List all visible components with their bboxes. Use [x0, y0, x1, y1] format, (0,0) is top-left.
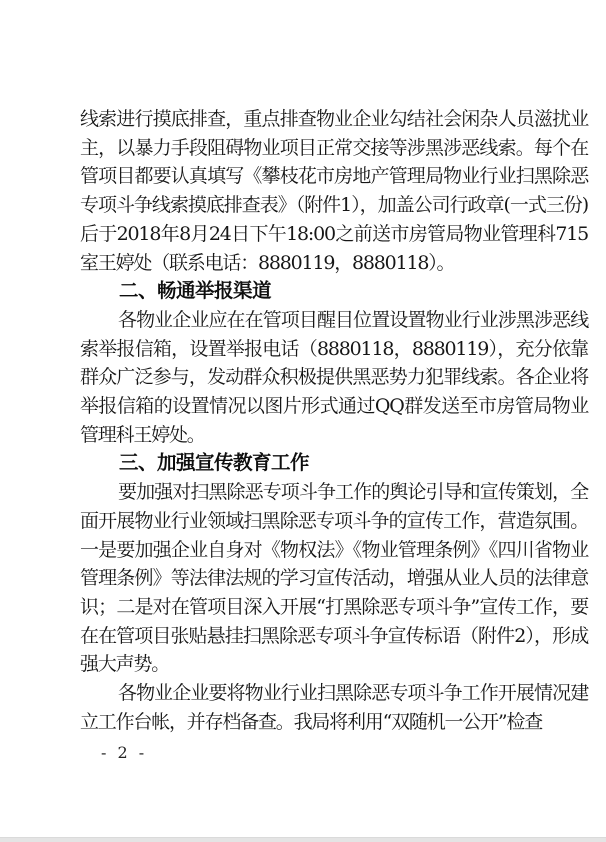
document-body: 线索进行摸底排查，重点排查物业企业勾结社会闲杂人员滋扰业主，以暴力手段阻碍物业项…: [80, 105, 588, 736]
scan-edge-bottom: [0, 837, 606, 842]
paragraph: 线索进行摸底排查，重点排查物业企业勾结社会闲杂人员滋扰业主，以暴力手段阻碍物业项…: [80, 105, 588, 277]
paragraph: 各物业企业应在在管项目醒目位置设置物业行业涉黑涉恶线索举报信箱，设置举报电话（8…: [80, 306, 588, 450]
section-heading: 三、加强宣传教育工作: [80, 449, 588, 478]
page-number: - 2 -: [101, 743, 147, 762]
paragraph: 要加强对扫黑除恶专项斗争工作的舆论引导和宣传策划，全面开展物业行业领域扫黑除恶专…: [80, 478, 588, 679]
document-page: 线索进行摸底排查，重点排查物业企业勾结社会闲杂人员滋扰业主，以暴力手段阻碍物业项…: [0, 0, 606, 842]
paragraph: 各物业企业要将物业行业扫黑除恶专项斗争工作开展情况建立工作台帐，并存档备查。我局…: [80, 679, 588, 736]
section-heading: 二、畅通举报渠道: [80, 277, 588, 306]
